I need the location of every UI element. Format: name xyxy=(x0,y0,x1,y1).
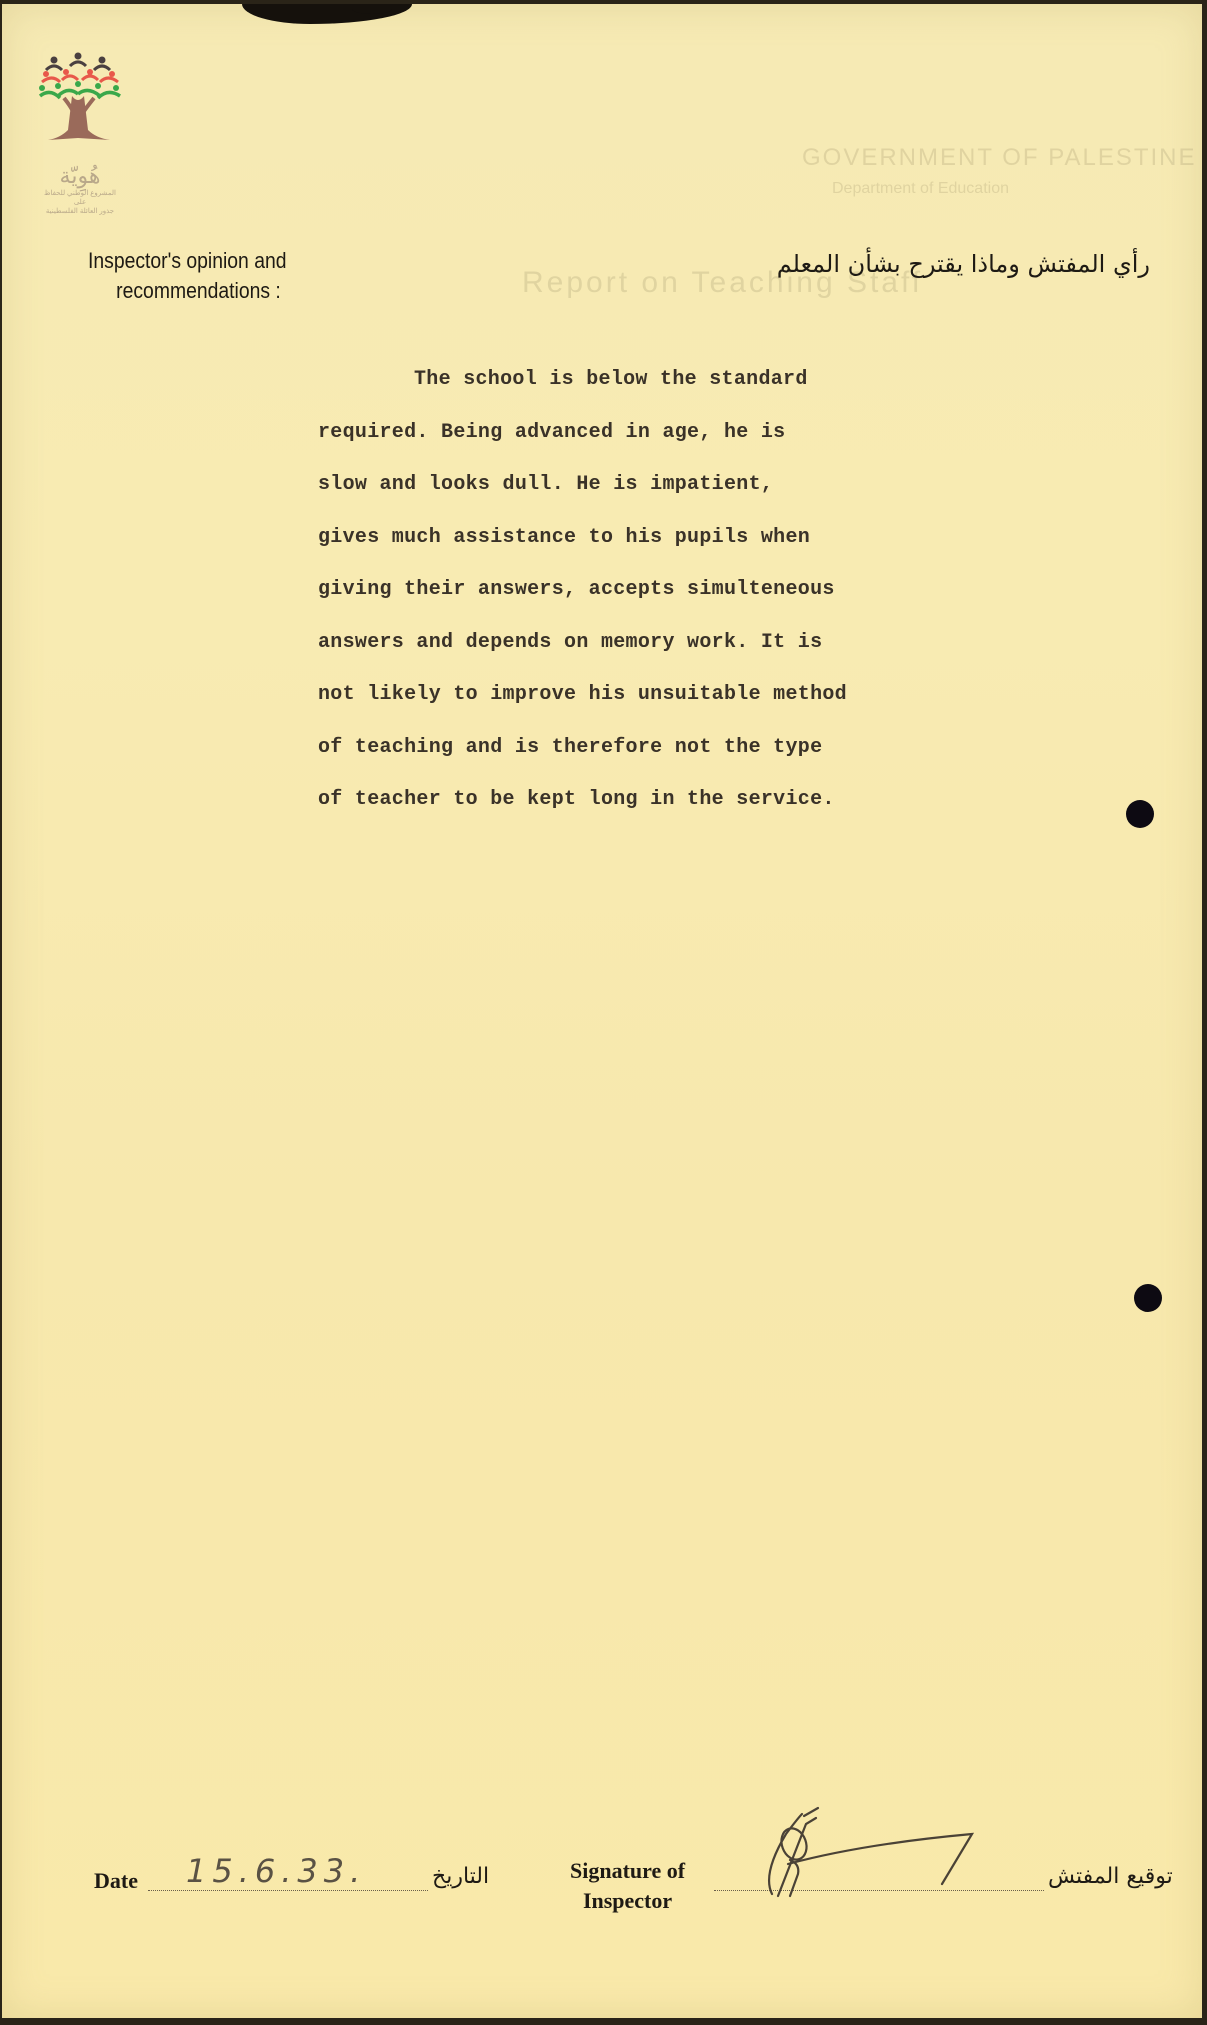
logo-subtitle: جذور العائلة الفلسطينية xyxy=(38,207,122,216)
text-line: slow and looks dull. He is impatient, xyxy=(318,459,978,512)
bleed-through-text: Department of Education xyxy=(832,180,1009,198)
text-line: The school is below the standard xyxy=(318,354,978,407)
text-line: answers and depends on memory work. It i… xyxy=(318,617,978,670)
logo-subtitle: المشروع الوطني للحفاظ على xyxy=(38,189,122,207)
text-line: gives much assistance to his pupils when xyxy=(318,512,978,565)
section-label-arabic: رأي المفتش وماذا يقترح بشأن المعلم xyxy=(777,250,1150,278)
section-label-line: recommendations : xyxy=(88,276,287,306)
tree-people-icon xyxy=(38,52,122,162)
date-value-handwritten: 15.6.33. xyxy=(186,1852,366,1890)
date-label: Date xyxy=(94,1868,138,1894)
date-field-line xyxy=(148,1890,428,1891)
signature-label-arabic: توقيع المفتش xyxy=(1048,1864,1173,1889)
document-page: GOVERNMENT OF PALESTINE Department of Ed… xyxy=(2,4,1202,2018)
inspector-opinion-text: The school is below the standard require… xyxy=(318,354,978,827)
handwritten-signature-icon xyxy=(742,1804,1002,1914)
signature-label-line: Signature of xyxy=(570,1856,685,1886)
section-label-english: Inspector's opinion and recommendations … xyxy=(88,246,287,306)
logo-title: هُوِيّة xyxy=(38,164,122,189)
text-line: required. Being advanced in age, he is xyxy=(318,407,978,460)
torn-edge-mark xyxy=(352,4,392,14)
text-line: of teacher to be kept long in the servic… xyxy=(318,774,978,827)
text-line: not likely to improve his unsuitable met… xyxy=(318,669,978,722)
punch-hole xyxy=(1134,1284,1162,1312)
text-line: giving their answers, accepts simulteneo… xyxy=(318,564,978,617)
date-label-arabic: التاريخ xyxy=(432,1864,489,1889)
signature-label-line: Inspector xyxy=(570,1886,685,1916)
signature-label: Signature of Inspector xyxy=(570,1856,685,1916)
text-line: of teaching and is therefore not the typ… xyxy=(318,722,978,775)
signature-footer: Date 15.6.33. التاريخ Signature of Inspe… xyxy=(2,1844,1202,1934)
bleed-through-text: GOVERNMENT OF PALESTINE xyxy=(802,144,1197,172)
section-label-line: Inspector's opinion and xyxy=(88,248,287,273)
punch-hole xyxy=(1126,800,1154,828)
hawiya-logo: هُوِيّة المشروع الوطني للحفاظ على جذور ا… xyxy=(38,52,122,216)
